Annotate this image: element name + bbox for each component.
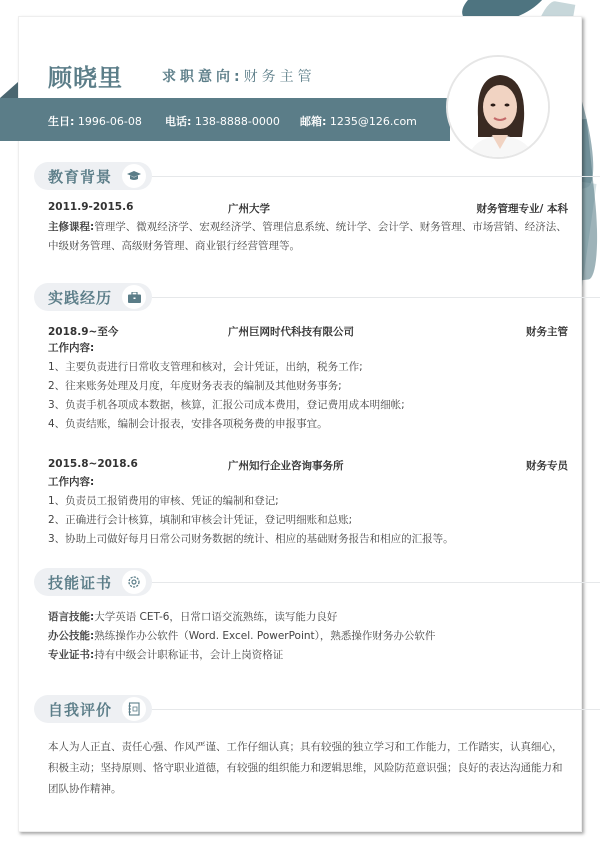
- contact-email: 邮箱: 1235@126.com: [300, 113, 417, 129]
- section-experience-header: 实践经历: [34, 283, 600, 311]
- courses-value: 管理学、微观经济学、宏观经济学、管理信息系统、统计学、会计学、财务管理、市场营销…: [48, 221, 567, 252]
- job-duty: 4、负责结账，编制会计报表，安排各项税务费的申报事宜。: [48, 415, 568, 434]
- graduation-cap-icon: [122, 164, 146, 188]
- education-major: 财务管理专业/ 本科: [477, 201, 569, 216]
- phone-value: 138-8888-0000: [195, 115, 280, 128]
- section-divider: [152, 582, 600, 583]
- job-intent: 求职意向:财务主管: [162, 66, 316, 86]
- skill-label: 办公技能:: [48, 630, 94, 642]
- job-period: 2018.9~至今: [48, 324, 228, 339]
- section-divider: [152, 297, 600, 298]
- job-duty: 1、负责员工报销费用的审核、凭证的编制和登记;: [48, 492, 568, 511]
- experience-entry-1: 2018.9~至今 广州巨网时代科技有限公司 财务主管 工作内容: 1、主要负责…: [48, 324, 568, 434]
- skill-value: 熟练操作办公软件（Word. Excel. PowerPoint），熟悉操作财务…: [94, 630, 435, 642]
- skill-item: 专业证书:持有中级会计职称证书，会计上岗资格证: [48, 646, 568, 665]
- contact-phone: 电话: 138-8888-0000: [165, 113, 280, 129]
- job-position: 财务主管: [526, 324, 568, 339]
- section-divider: [152, 709, 600, 710]
- job-duty: 1、主要负责进行日常收支管理和核对，会计凭证，出纳，税务工作;: [48, 358, 568, 377]
- job-duty: 2、正确进行会计核算，填制和审核会计凭证，登记明细账和总账;: [48, 511, 568, 530]
- briefcase-icon: [122, 285, 146, 309]
- skill-label: 专业证书:: [48, 649, 94, 661]
- phone-label: 电话:: [165, 115, 191, 128]
- job-duty: 2、往来账务处理及月度，年度财务表表的编制及其他财务事务;: [48, 377, 568, 396]
- education-period: 2011.9-2015.6: [48, 201, 228, 216]
- notebook-icon: [122, 697, 146, 721]
- skill-label: 语言技能:: [48, 611, 94, 623]
- birthday-label: 生日:: [48, 115, 74, 128]
- job-intent-value: 财务主管: [244, 69, 316, 85]
- birthday-value: 1996-06-08: [78, 115, 142, 128]
- skill-item: 语言技能:大学英语 CET-6，日常口语交流熟练，读写能力良好: [48, 608, 568, 627]
- gear-icon: [122, 570, 146, 594]
- self-eval-text: 本人为人正直、责任心强、作风严谨、工作仔细认真；具有较强的独立学习和工作能力，工…: [48, 737, 568, 800]
- avatar: [446, 55, 550, 159]
- education-school: 广州大学: [228, 201, 477, 216]
- job-position: 财务专员: [526, 458, 568, 473]
- email-label: 邮箱:: [300, 115, 326, 128]
- email-value: 1235@126.com: [330, 115, 417, 128]
- candidate-name: 顾晓里: [48, 58, 123, 93]
- job-content-label: 工作内容:: [48, 473, 568, 492]
- job-company: 广州知行企业咨询事务所: [228, 458, 526, 473]
- job-duty: 3、协助上司做好每月日常公司财务数据的统计、相应的基础财务报告和相应的汇报等。: [48, 530, 568, 549]
- skill-value: 持有中级会计职称证书，会计上岗资格证: [94, 649, 283, 661]
- education-courses: 主修课程:管理学、微观经济学、宏观经济学、管理信息系统、统计学、会计学、财务管理…: [48, 218, 568, 256]
- courses-label: 主修课程:: [48, 221, 94, 233]
- section-self-eval-header: 自我评价: [34, 695, 600, 723]
- job-content-label: 工作内容:: [48, 339, 568, 358]
- skill-value: 大学英语 CET-6，日常口语交流熟练，读写能力良好: [94, 611, 337, 623]
- skill-item: 办公技能:熟练操作办公软件（Word. Excel. PowerPoint），熟…: [48, 627, 568, 646]
- skills-list: 语言技能:大学英语 CET-6，日常口语交流熟练，读写能力良好 办公技能:熟练操…: [48, 608, 568, 665]
- ribbon-fold: [0, 82, 18, 98]
- section-education-header: 教育背景: [34, 162, 600, 190]
- job-period: 2015.8~2018.6: [48, 458, 228, 473]
- contact-birthday: 生日: 1996-06-08: [48, 113, 142, 129]
- section-skills-header: 技能证书: [34, 568, 600, 596]
- job-duty: 3、负责手机各项成本数据，核算，汇报公司成本费用，登记费用成本明细帐;: [48, 396, 568, 415]
- job-company: 广州巨网时代科技有限公司: [228, 324, 526, 339]
- experience-entry-2: 2015.8~2018.6 广州知行企业咨询事务所 财务专员 工作内容: 1、负…: [48, 458, 568, 549]
- education-entry: 2011.9-2015.6 广州大学 财务管理专业/ 本科 主修课程:管理学、微…: [48, 201, 568, 256]
- job-intent-label: 求职意向:: [162, 69, 244, 85]
- section-divider: [152, 176, 600, 177]
